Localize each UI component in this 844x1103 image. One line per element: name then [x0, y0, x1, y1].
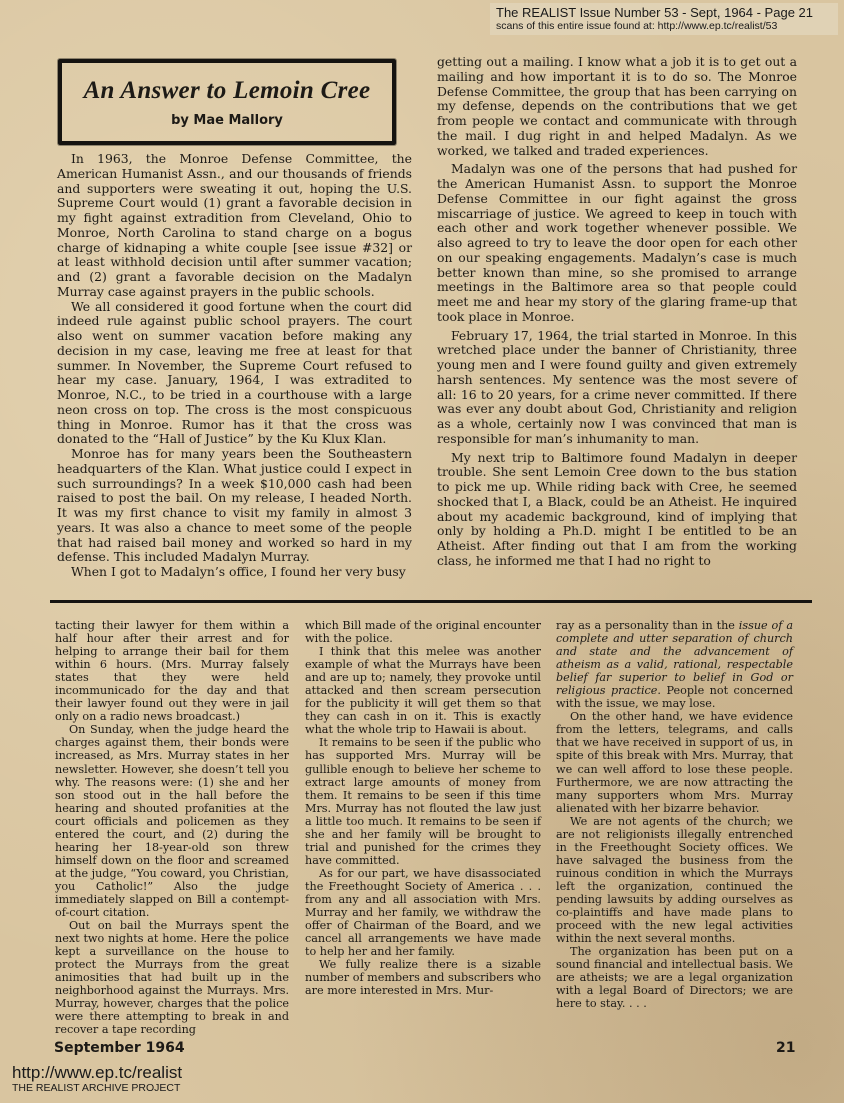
paragraph: As for our part, we have disassociated t…	[305, 867, 541, 958]
article-column-upper-right: getting out a mailing. I know what a job…	[437, 55, 797, 569]
archive-project-label: THE REALIST ARCHIVE PROJECT	[12, 1082, 182, 1094]
paragraph: On the other hand, we have evidence from…	[556, 710, 793, 814]
paragraph-lead: ray as a personality than in the	[556, 619, 739, 632]
paragraph: We are not agents of the church; we are …	[556, 815, 793, 945]
article-column-lower-3: ray as a personality than in the issue o…	[556, 619, 793, 1010]
section-divider	[50, 600, 812, 603]
paragraph: My next trip to Baltimore found Madalyn …	[437, 451, 797, 569]
paragraph: It remains to be seen if the public who …	[305, 736, 541, 866]
paragraph: Out on bail the Murrays spent the next t…	[55, 919, 289, 1036]
paragraph: ray as a personality than in the issue o…	[556, 619, 793, 710]
article-title-box: An Answer to Lemoin Cree by Mae Mallory	[58, 59, 396, 145]
paragraph: We all considered it good fortune when t…	[57, 300, 412, 448]
paragraph: Madalyn was one of the persons that had …	[437, 162, 797, 324]
paragraph: tacting their lawyer for them within a h…	[55, 619, 289, 723]
article-column-lower-1: tacting their lawyer for them within a h…	[55, 619, 289, 1037]
article-title: An Answer to Lemoin Cree	[62, 77, 392, 105]
paragraph: February 17, 1964, the trial started in …	[437, 329, 797, 447]
paragraph: which Bill made of the original encounte…	[305, 619, 541, 645]
page-number: 21	[776, 1040, 795, 1056]
paragraph: The organization has been put on a sound…	[556, 945, 793, 1010]
paragraph: I think that this melee was another exam…	[305, 645, 541, 736]
paragraph: In 1963, the Monroe Defense Committee, t…	[57, 152, 412, 300]
archive-header: The REALIST Issue Number 53 - Sept, 1964…	[490, 3, 838, 35]
paragraph: When I got to Madalyn’s office, I found …	[57, 565, 412, 580]
archive-source-line: scans of this entire issue found at: htt…	[496, 20, 832, 32]
archive-footer: http://www.ep.tc/realist THE REALIST ARC…	[12, 1063, 182, 1094]
article-column-lower-2: which Bill made of the original encounte…	[305, 619, 541, 997]
paragraph: Monroe has for many years been the South…	[57, 447, 412, 565]
paragraph: getting out a mailing. I know what a job…	[437, 55, 797, 158]
archive-url-link[interactable]: http://www.ep.tc/realist	[12, 1063, 182, 1082]
footer-date: September 1964	[54, 1040, 185, 1056]
article-column-upper-left: In 1963, the Monroe Defense Committee, t…	[57, 152, 412, 580]
paragraph: We fully realize there is a sizable numb…	[305, 958, 541, 997]
article-byline: by Mae Mallory	[62, 113, 392, 128]
paragraph: On Sunday, when the judge heard the char…	[55, 723, 289, 919]
archive-issue-line: The REALIST Issue Number 53 - Sept, 1964…	[496, 5, 832, 20]
